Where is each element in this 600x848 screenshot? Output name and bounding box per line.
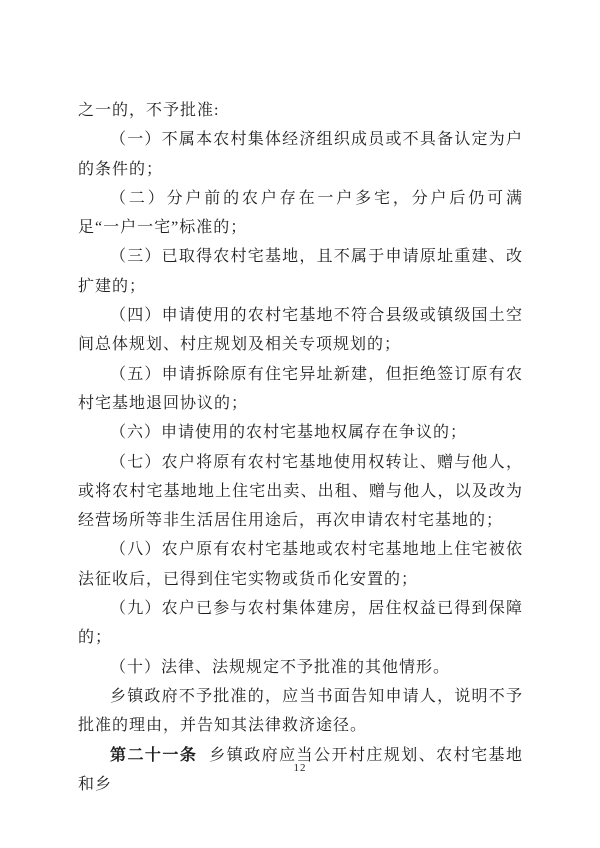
document-body: 之一的，不予批准: （一）不属本农村集体经济组织成员或不具备认定为户的条件的； … xyxy=(78,96,523,799)
list-item-5: （五）申请拆除原有住宅异址新建，但拒绝签订原有农村宅基地退回协议的； xyxy=(78,360,523,419)
list-item-2: （二）分户前的农户存在一户多宅，分户后仍可满足“一户一宅”标准的； xyxy=(78,184,523,243)
list-item-9: （九）农户已参与农村集体建房，居住权益已得到保障的； xyxy=(78,594,523,653)
page-number: 12 xyxy=(0,762,600,774)
list-item-10: （十）法律、法规规定不予批准的其他情形。 xyxy=(78,653,523,682)
list-item-1: （一）不属本农村集体经济组织成员或不具备认定为户的条件的； xyxy=(78,125,523,184)
continuation-paragraph: 之一的，不予批准: xyxy=(78,96,523,125)
list-item-3: （三）已取得农村宅基地，且不属于申请原址重建、改扩建的； xyxy=(78,242,523,301)
list-item-7: （七）农户将原有农村宅基地使用权转让、赠与他人，或将农村宅基地地上住宅出卖、出租… xyxy=(78,448,523,536)
list-item-4: （四）申请使用的农村宅基地不符合县级或镇级国土空间总体规划、村庄规划及相关专项规… xyxy=(78,301,523,360)
list-item-6: （六）申请使用的农村宅基地权属存在争议的； xyxy=(78,418,523,447)
closing-paragraph: 乡镇政府不予批准的，应当书面告知申请人，说明不予批准的理由，并告知其法律救济途径… xyxy=(78,682,523,741)
article-number: 第二十一条 xyxy=(110,747,197,764)
list-item-8: （八）农户原有农村宅基地或农村宅基地地上住宅被依法征收后，已得到住宅实物或货币化… xyxy=(78,535,523,594)
document-page: 之一的，不予批准: （一）不属本农村集体经济组织成员或不具备认定为户的条件的； … xyxy=(0,0,600,848)
